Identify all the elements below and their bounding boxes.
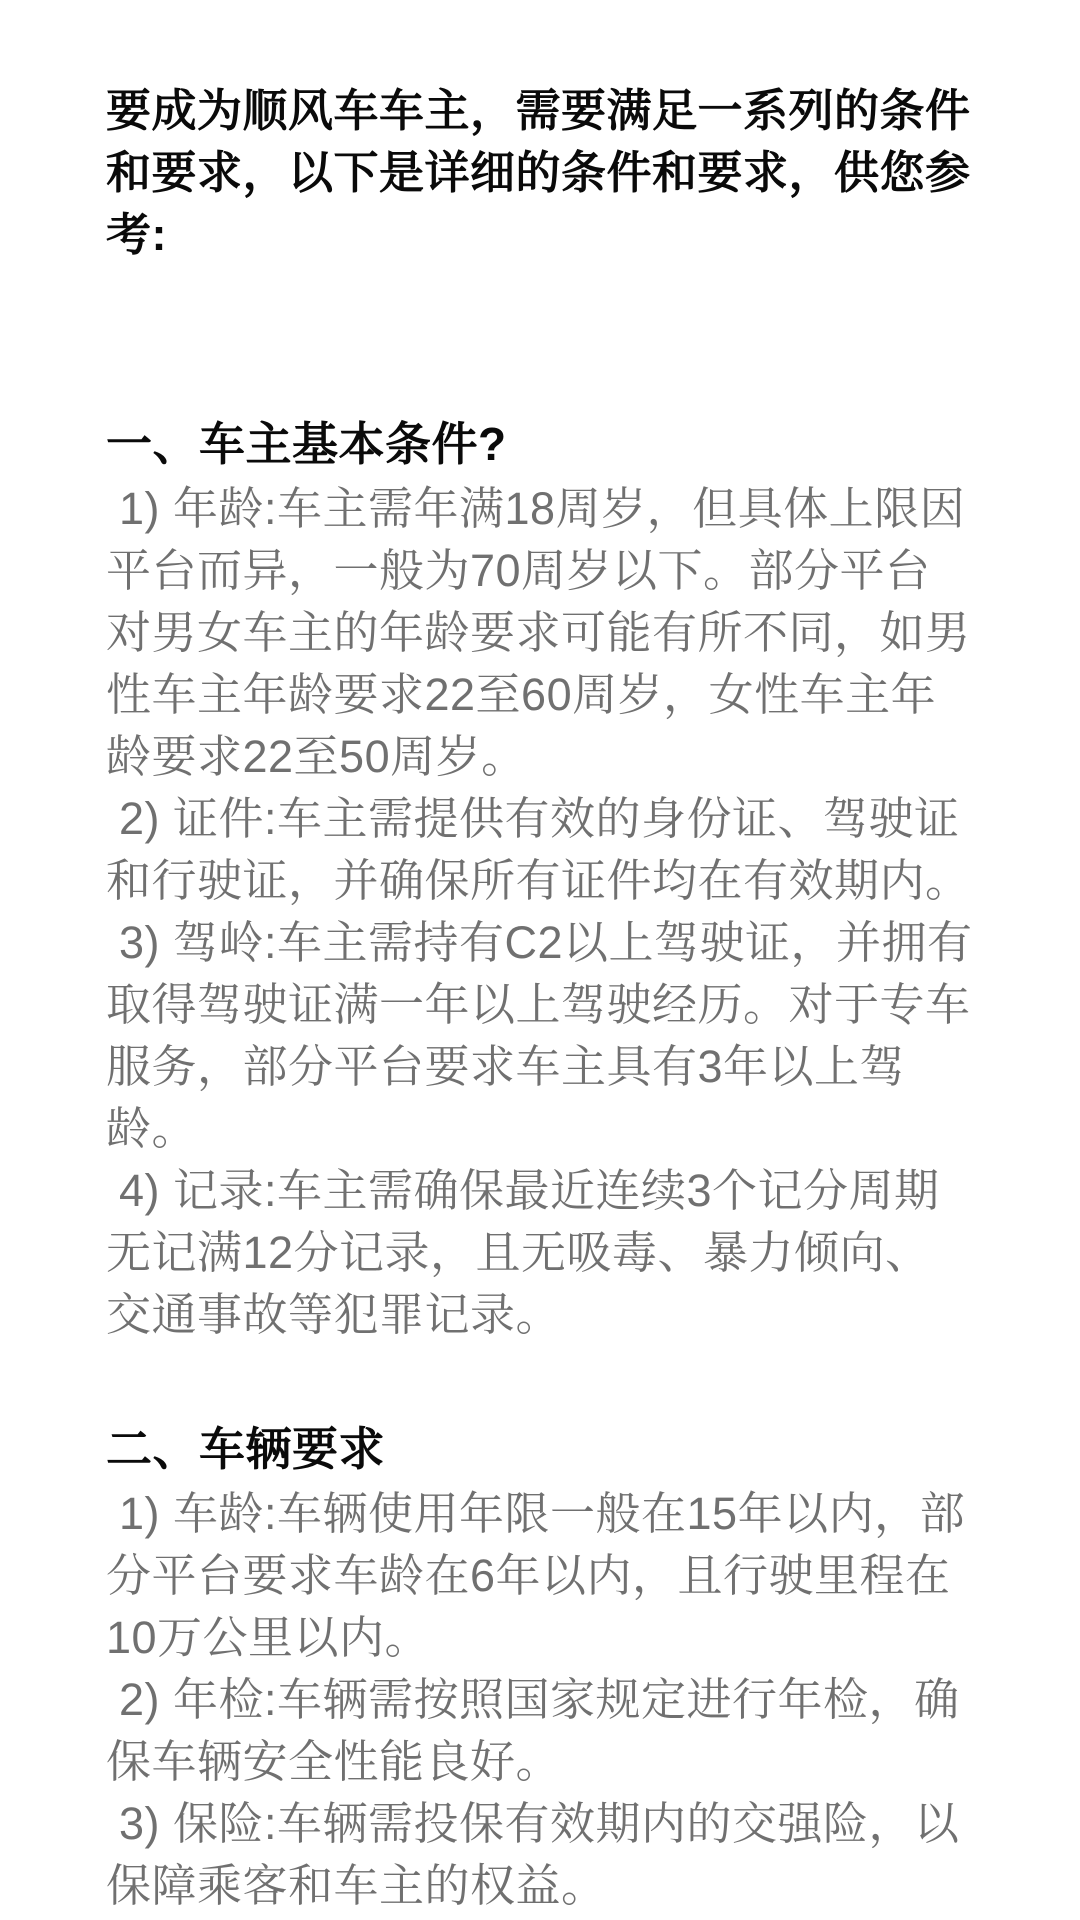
intro-paragraph: 要成为顺风车车主，需要满足一系列的条件和要求，以下是详细的条件和要求，供您参考:	[106, 80, 974, 266]
section-1-item-driving-experience: 3) 驾岭:车主需持有C2以上驾驶证，并拥有取得驾驶证满一年以上驾驶经历。对于专…	[106, 912, 974, 1160]
section-2-item-inspection: 2) 年检:车辆需按照国家规定进行年检，确保车辆安全性能良好。	[106, 1669, 974, 1793]
section-2-item-insurance: 3) 保险:车辆需投保有效期内的交强险，以保障乘客和车主的权益。	[106, 1793, 974, 1917]
section-1-heading: 一、车主基本条件?	[106, 413, 974, 475]
section-1-item-record: 4) 记录:车主需确保最近连续3个记分周期无记满12分记录，且无吸毒、暴力倾向、…	[106, 1160, 974, 1346]
section-2-item-vehicle-age: 1) 车龄:车辆使用年限一般在15年以内，部分平台要求车龄在6年以内，且行驶里程…	[106, 1483, 974, 1669]
section-1-item-age: 1) 年龄:车主需年满18周岁，但具体上限因平台而异，一般为70周岁以下。部分平…	[106, 478, 974, 788]
document-body: 要成为顺风车车主，需要满足一系列的条件和要求，以下是详细的条件和要求，供您参考:…	[0, 0, 1080, 1917]
section-1-item-documents: 2) 证件:车主需提供有效的身份证、驾驶证和行驶证，并确保所有证件均在有效期内。	[106, 788, 974, 912]
section-2-heading: 二、车辆要求	[106, 1418, 974, 1480]
